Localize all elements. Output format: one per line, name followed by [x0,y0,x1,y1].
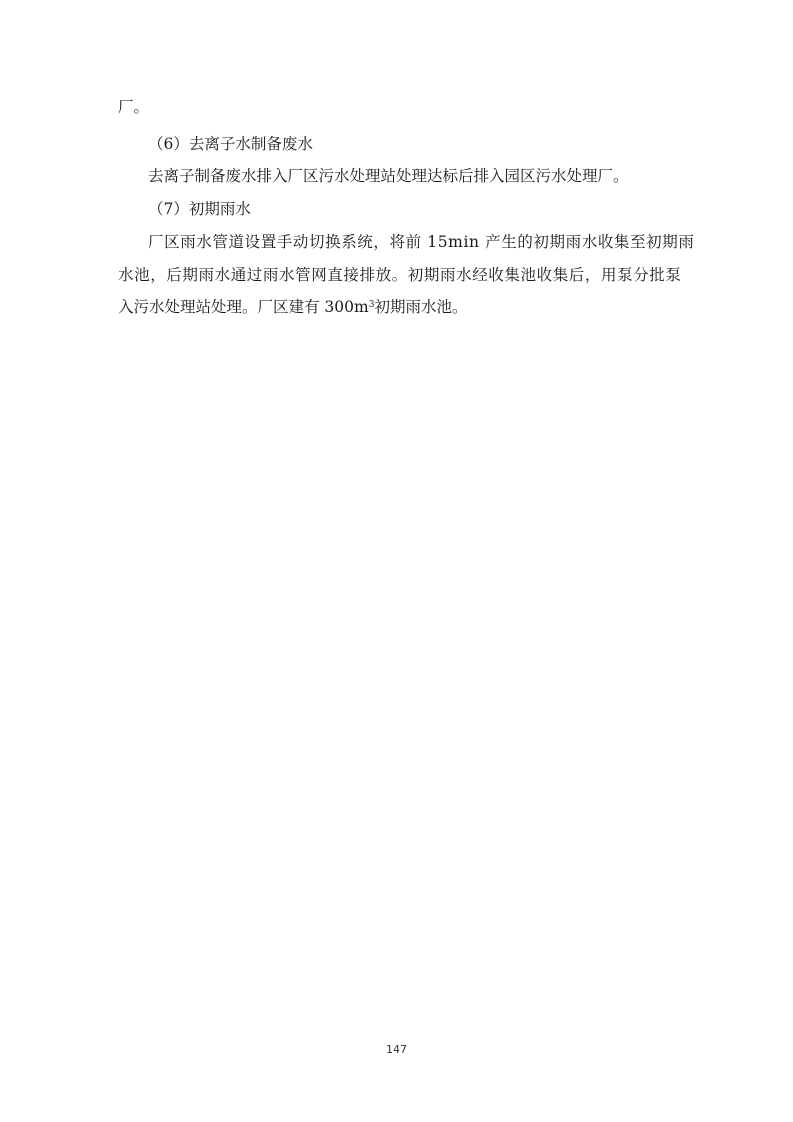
paragraph-rainwater-line-3: 入污水处理站处理。厂区建有 300m3初期雨水池。 [118,297,467,317]
page-number: 147 [0,1043,793,1056]
paragraph-continuation: 厂。 [118,97,149,117]
paragraph-deionized-water: 去离子制备废水排入厂区污水处理站处理达标后排入园区污水处理厂。 [148,166,629,186]
text-before-sup: 入污水处理站处理。厂区建有 300m [118,298,369,316]
section-heading-7: （7）初期雨水 [148,199,251,219]
text-after-sup: 初期雨水池。 [374,298,467,316]
superscript: 3 [369,300,375,310]
section-heading-6: （6）去离子水制备废水 [148,134,313,154]
paragraph-rainwater-line-2: 水池，后期雨水通过雨水管网直接排放。初期雨水经收集池收集后，用泵分批泵 [118,265,682,285]
paragraph-rainwater-line-1: 厂区雨水管道设置手动切换系统，将前 15min 产生的初期雨水收集至初期雨 [148,232,694,252]
document-page: 厂。 （6）去离子水制备废水 去离子制备废水排入厂区污水处理站处理达标后排入园区… [0,0,793,1122]
